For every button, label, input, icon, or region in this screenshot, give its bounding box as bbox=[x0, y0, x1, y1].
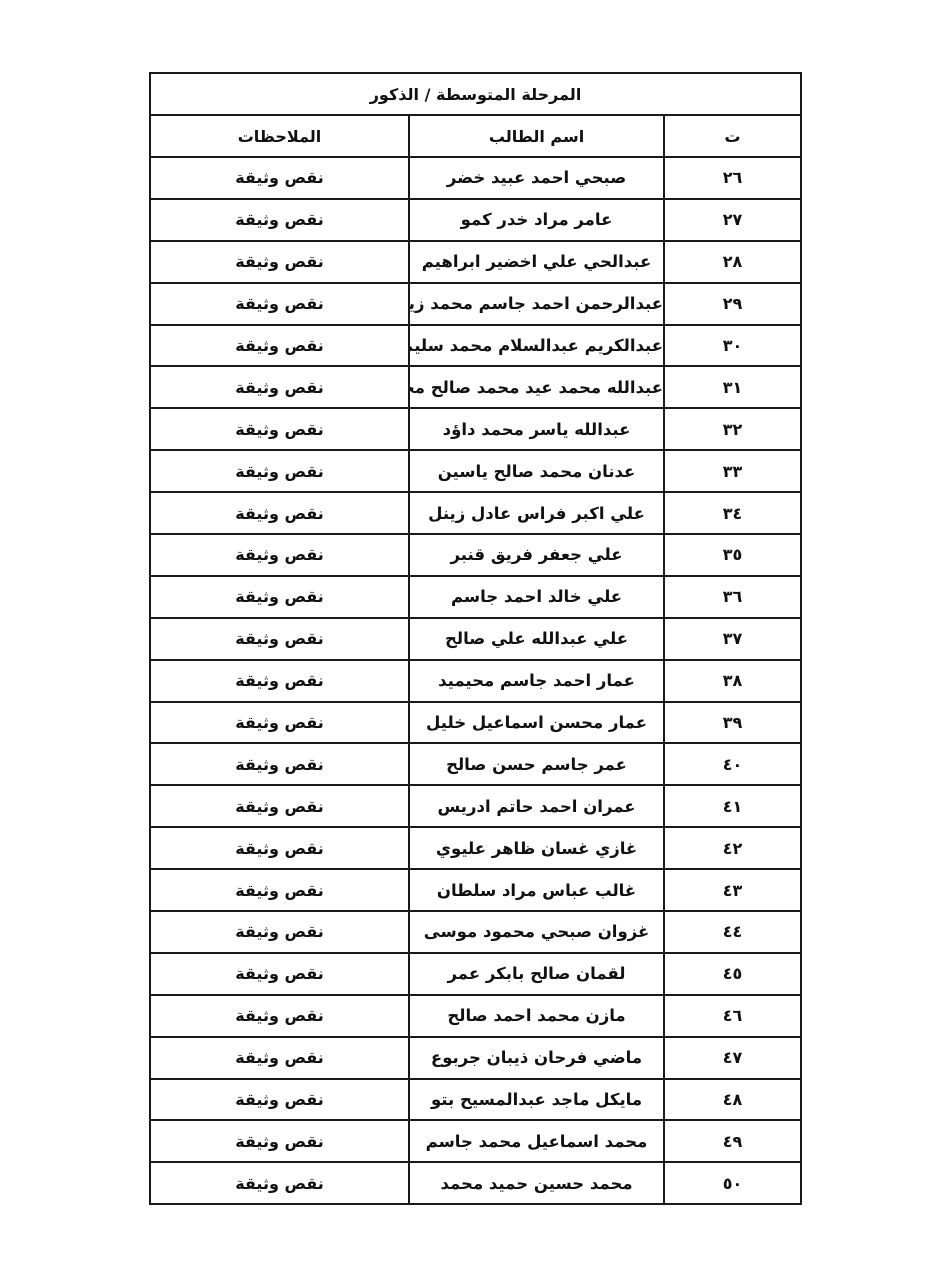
student-name: محمد اسماعيل محمد جاسم bbox=[409, 1120, 664, 1162]
row-number: ٣٩ bbox=[664, 702, 801, 744]
table-row: ٣٦ علي خالد احمد جاسم نقص وثيقة bbox=[150, 576, 801, 618]
row-number: ٣٤ bbox=[664, 492, 801, 534]
table-row: ٣٤ علي اكبر فراس عادل زينل نقص وثيقة bbox=[150, 492, 801, 534]
row-note: نقص وثيقة bbox=[150, 911, 409, 953]
student-name: عبدالرحمن احمد جاسم محمد زيدان bbox=[409, 283, 664, 325]
column-header-number: ت bbox=[664, 115, 801, 157]
row-number: ٤٧ bbox=[664, 1037, 801, 1079]
student-name: عبدالله محمد عيد محمد صالح محمد bbox=[409, 366, 664, 408]
table-row: ٢٨ عبدالحي علي اخضير ابراهيم نقص وثيقة bbox=[150, 241, 801, 283]
student-name: عامر مراد خدر كمو bbox=[409, 199, 664, 241]
row-number: ٣١ bbox=[664, 366, 801, 408]
table-row: ٣٨ عمار احمد جاسم محيميد نقص وثيقة bbox=[150, 660, 801, 702]
table-title: المرحلة المتوسطة / الذكور bbox=[150, 73, 801, 115]
table-row: ٣٩ عمار محسن اسماعيل خليل نقص وثيقة bbox=[150, 702, 801, 744]
table-row: ٢٩ عبدالرحمن احمد جاسم محمد زيدان نقص وث… bbox=[150, 283, 801, 325]
student-list-sheet: المرحلة المتوسطة / الذكور ت اسم الطالب ا… bbox=[149, 72, 800, 1205]
header-row: ت اسم الطالب الملاحظات bbox=[150, 115, 801, 157]
row-number: ٤٢ bbox=[664, 827, 801, 869]
table-row: ٤٤ غزوان صبحي محمود موسى نقص وثيقة bbox=[150, 911, 801, 953]
title-row: المرحلة المتوسطة / الذكور bbox=[150, 73, 801, 115]
students-table: المرحلة المتوسطة / الذكور ت اسم الطالب ا… bbox=[149, 72, 802, 1205]
row-number: ٣٧ bbox=[664, 618, 801, 660]
student-name: عمار محسن اسماعيل خليل bbox=[409, 702, 664, 744]
student-name: غزوان صبحي محمود موسى bbox=[409, 911, 664, 953]
student-name: عدنان محمد صالح ياسين bbox=[409, 450, 664, 492]
table-row: ٤٩ محمد اسماعيل محمد جاسم نقص وثيقة bbox=[150, 1120, 801, 1162]
row-number: ٤٠ bbox=[664, 743, 801, 785]
row-note: نقص وثيقة bbox=[150, 157, 409, 199]
column-header-student-name: اسم الطالب bbox=[409, 115, 664, 157]
row-number: ٤٥ bbox=[664, 953, 801, 995]
table-row: ٤٠ عمر جاسم حسن صالح نقص وثيقة bbox=[150, 743, 801, 785]
row-note: نقص وثيقة bbox=[150, 743, 409, 785]
row-number: ٣٨ bbox=[664, 660, 801, 702]
row-note: نقص وثيقة bbox=[150, 1079, 409, 1121]
table-row: ٤٧ ماضي فرحان ذيبان جربوع نقص وثيقة bbox=[150, 1037, 801, 1079]
table-row: ٤٨ مايكل ماجد عبدالمسيح بتو نقص وثيقة bbox=[150, 1079, 801, 1121]
student-name: مازن محمد احمد صالح bbox=[409, 995, 664, 1037]
row-note: نقص وثيقة bbox=[150, 241, 409, 283]
row-note: نقص وثيقة bbox=[150, 827, 409, 869]
row-note: نقص وثيقة bbox=[150, 618, 409, 660]
row-number: ٢٨ bbox=[664, 241, 801, 283]
row-note: نقص وثيقة bbox=[150, 702, 409, 744]
table-row: ٣٣ عدنان محمد صالح ياسين نقص وثيقة bbox=[150, 450, 801, 492]
row-number: ٤٤ bbox=[664, 911, 801, 953]
row-note: نقص وثيقة bbox=[150, 1120, 409, 1162]
table-row: ٣٧ علي عبدالله علي صالح نقص وثيقة bbox=[150, 618, 801, 660]
row-note: نقص وثيقة bbox=[150, 1037, 409, 1079]
row-note: نقص وثيقة bbox=[150, 492, 409, 534]
table-row: ٤٥ لقمان صالح بابكر عمر نقص وثيقة bbox=[150, 953, 801, 995]
student-name: ماضي فرحان ذيبان جربوع bbox=[409, 1037, 664, 1079]
row-number: ٣٥ bbox=[664, 534, 801, 576]
row-number: ٤٦ bbox=[664, 995, 801, 1037]
row-number: ٢٧ bbox=[664, 199, 801, 241]
student-name: علي اكبر فراس عادل زينل bbox=[409, 492, 664, 534]
table-row: ٢٦ صبحي احمد عبيد خضر نقص وثيقة bbox=[150, 157, 801, 199]
row-note: نقص وثيقة bbox=[150, 1162, 409, 1204]
student-name: مايكل ماجد عبدالمسيح بتو bbox=[409, 1079, 664, 1121]
row-note: نقص وثيقة bbox=[150, 366, 409, 408]
row-note: نقص وثيقة bbox=[150, 785, 409, 827]
row-note: نقص وثيقة bbox=[150, 576, 409, 618]
row-note: نقص وثيقة bbox=[150, 450, 409, 492]
student-name: عمران احمد حاتم ادريس bbox=[409, 785, 664, 827]
table-row: ٢٧ عامر مراد خدر كمو نقص وثيقة bbox=[150, 199, 801, 241]
row-note: نقص وثيقة bbox=[150, 869, 409, 911]
row-number: ٤١ bbox=[664, 785, 801, 827]
row-number: ٣٢ bbox=[664, 408, 801, 450]
table-row: ٣٠ عبدالكريم عبدالسلام محمد سليمان نقص و… bbox=[150, 325, 801, 367]
row-number: ٣٦ bbox=[664, 576, 801, 618]
student-name: علي جعفر فريق قنبر bbox=[409, 534, 664, 576]
row-number: ٥٠ bbox=[664, 1162, 801, 1204]
row-note: نقص وثيقة bbox=[150, 534, 409, 576]
row-note: نقص وثيقة bbox=[150, 325, 409, 367]
row-number: ٣٣ bbox=[664, 450, 801, 492]
table-row: ٤٦ مازن محمد احمد صالح نقص وثيقة bbox=[150, 995, 801, 1037]
table-row: ٣١ عبدالله محمد عيد محمد صالح محمد نقص و… bbox=[150, 366, 801, 408]
student-name: لقمان صالح بابكر عمر bbox=[409, 953, 664, 995]
student-name: عبدالله ياسر محمد داؤد bbox=[409, 408, 664, 450]
row-number: ٢٩ bbox=[664, 283, 801, 325]
table-row: ٤١ عمران احمد حاتم ادريس نقص وثيقة bbox=[150, 785, 801, 827]
table-row: ٤٣ غالب عباس مراد سلطان نقص وثيقة bbox=[150, 869, 801, 911]
student-name: صبحي احمد عبيد خضر bbox=[409, 157, 664, 199]
table-row: ٥٠ محمد حسين حميد محمد نقص وثيقة bbox=[150, 1162, 801, 1204]
student-name: عمار احمد جاسم محيميد bbox=[409, 660, 664, 702]
row-number: ٤٣ bbox=[664, 869, 801, 911]
row-number: ٣٠ bbox=[664, 325, 801, 367]
row-note: نقص وثيقة bbox=[150, 408, 409, 450]
student-name: علي عبدالله علي صالح bbox=[409, 618, 664, 660]
row-number: ٤٩ bbox=[664, 1120, 801, 1162]
table-row: ٤٢ غازي غسان ظاهر عليوي نقص وثيقة bbox=[150, 827, 801, 869]
table-row: ٣٢ عبدالله ياسر محمد داؤد نقص وثيقة bbox=[150, 408, 801, 450]
row-note: نقص وثيقة bbox=[150, 199, 409, 241]
row-number: ٢٦ bbox=[664, 157, 801, 199]
column-header-notes: الملاحظات bbox=[150, 115, 409, 157]
student-name: عبدالكريم عبدالسلام محمد سليمان bbox=[409, 325, 664, 367]
student-name: علي خالد احمد جاسم bbox=[409, 576, 664, 618]
row-number: ٤٨ bbox=[664, 1079, 801, 1121]
student-name: عمر جاسم حسن صالح bbox=[409, 743, 664, 785]
table-row: ٣٥ علي جعفر فريق قنبر نقص وثيقة bbox=[150, 534, 801, 576]
student-name: عبدالحي علي اخضير ابراهيم bbox=[409, 241, 664, 283]
row-note: نقص وثيقة bbox=[150, 660, 409, 702]
row-note: نقص وثيقة bbox=[150, 283, 409, 325]
student-name: محمد حسين حميد محمد bbox=[409, 1162, 664, 1204]
row-note: نقص وثيقة bbox=[150, 995, 409, 1037]
row-note: نقص وثيقة bbox=[150, 953, 409, 995]
student-name: غالب عباس مراد سلطان bbox=[409, 869, 664, 911]
student-name: غازي غسان ظاهر عليوي bbox=[409, 827, 664, 869]
